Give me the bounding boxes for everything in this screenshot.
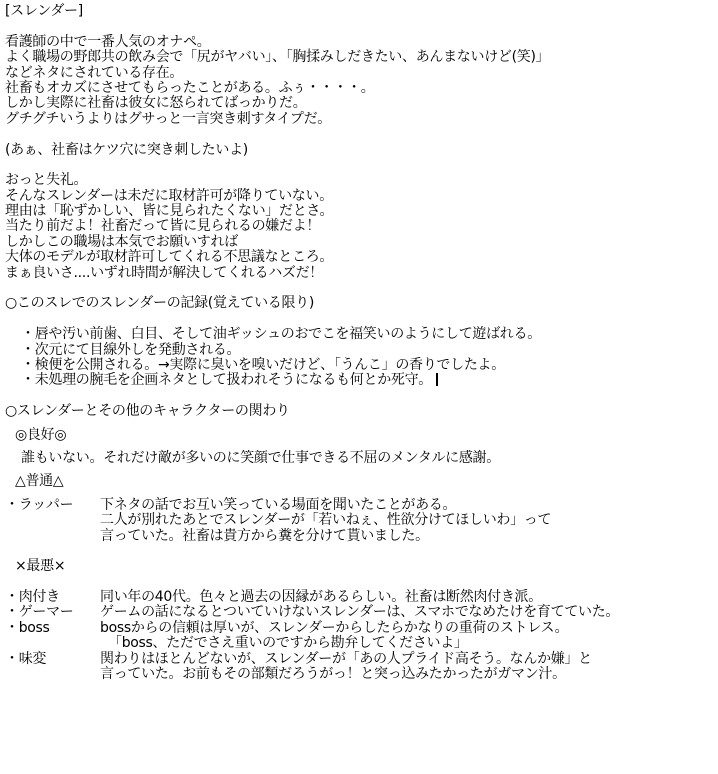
relation-entry-boss: ・boss bossからの信頼は厚いが、スレンダーからしたらかなりの重荷のストレ… <box>5 621 718 652</box>
relation-line: 言っていた。社畜は貴方から糞を分けて貰いました。 <box>100 529 718 544</box>
document-body[interactable]: [スレンダー] 看護師の中で一番人気のオナペ。 よく職場の野郎共の飲み会で「尻が… <box>0 0 718 682</box>
text-cursor <box>436 373 438 386</box>
relation-name: ・ラッパー <box>5 498 100 513</box>
intro-line: 社畜もオカズにさせてもらったことがある。ふぅ・・・・。 <box>5 81 718 96</box>
normal-heading: △普通△ <box>5 474 718 489</box>
second-paragraph: おっと失礼。 そんなスレンダーは未だに取材許可が降りていない。 理由は「恥ずかし… <box>5 173 718 281</box>
relation-line: ゲームの話になるとついていけないスレンダーは、スマホでなめたけを育てていた。 <box>100 605 718 620</box>
intro-line: などネタにされている存在。 <box>5 66 718 81</box>
relation-name: ・味変 <box>5 652 100 667</box>
paragraph-line: 当たり前だよ！社畜だって皆に見られるの嫌だよ！ <box>5 219 718 234</box>
relation-entry-ajihen: ・味変 関わりはほとんどないが、スレンダーが「あの人プライド高そう。なんか嫌」と… <box>5 652 718 683</box>
relation-line: 「boss、ただでさえ重いのですから勘弁してくださいよ」 <box>100 636 718 651</box>
record-item-last: ・未処理の腕毛を企画ネタとして扱われそうになるも何とか死守。 <box>5 373 718 388</box>
relation-name: ・boss <box>5 621 100 636</box>
paragraph-line: 大体のモデルが取材許可してくれる不思議なところ。 <box>5 250 718 265</box>
intro-line: グチグチいうよりはグサっと一言突き刺すタイプだ。 <box>5 112 718 127</box>
paragraph-line: そんなスレンダーは未だに取材許可が降りていない。 <box>5 189 718 204</box>
relation-line: 二人が別れたあとでスレンダーが「若いねぇ、性欲分けてほしいわ」って <box>100 513 718 528</box>
relation-entry-rapper: ・ラッパー 下ネタの話でお互い笑っている場面を聞いたことがある。 二人が別れたあ… <box>5 498 718 544</box>
intro-line: よく職場の野郎共の飲み会で「尻がヤバい」、「胸揉みしだきたい、あんまないけど(笑… <box>5 50 718 65</box>
paragraph-line: おっと失礼。 <box>5 173 718 188</box>
relation-name: ・ゲーマー <box>5 605 100 620</box>
good-text: 誰もいない。それだけ敵が多いのに笑顔で仕事できる不屈のメンタルに感謝。 <box>5 451 718 466</box>
relation-line: 下ネタの話でお互い笑っている場面を聞いたことがある。 <box>100 498 718 513</box>
good-heading: ◎良好◎ <box>5 428 718 443</box>
relation-entry-gamer: ・ゲーマー ゲームの話になるとついていけないスレンダーは、スマホでなめたけを育て… <box>5 605 718 620</box>
intro-paragraph: 看護師の中で一番人気のオナペ。 よく職場の野郎共の飲み会で「尻がヤバい」、「胸揉… <box>5 35 718 127</box>
relation-line: 関わりはほとんどないが、スレンダーが「あの人プライド高そう。なんか嫌」と <box>100 652 718 667</box>
aside-text: (あぁ、社畜はケツ穴に突き刺したいよ) <box>5 143 718 158</box>
relation-line: bossからの信頼は厚いが、スレンダーからしたらかなりの重荷のストレス。 <box>100 621 718 636</box>
paragraph-line: まぁ良いさ....いずれ時間が解決してくれるハズだ！ <box>5 266 718 281</box>
intro-line: 看護師の中で一番人気のオナペ。 <box>5 35 718 50</box>
records-heading: ○このスレでのスレンダーの記録(覚えている限り) <box>5 296 718 311</box>
relations-heading: ○スレンダーとその他のキャラクターの関わり <box>5 404 718 419</box>
record-item: ・次元にて目線外しを発動される。 <box>5 343 718 358</box>
relation-line: 言っていた。お前もその部類だろうがっ！と突っ込みたかったがガマン汁。 <box>100 667 718 682</box>
bad-heading: ×最悪× <box>5 559 718 574</box>
intro-line: しかし実際に社畜は彼女に怒られてばっかりだ。 <box>5 96 718 111</box>
relation-name: ・肉付き <box>5 590 100 605</box>
record-item: ・唇や汚い前歯、白目、そして油ギッシュのおでこを福笑いのようにして遊ばれる。 <box>5 327 718 342</box>
document-title: [スレンダー] <box>5 4 718 19</box>
records-list: ・唇や汚い前歯、白目、そして油ギッシュのおでこを福笑いのようにして遊ばれる。 ・… <box>5 327 718 389</box>
record-item-text: ・未処理の腕毛を企画ネタとして扱われそうになるも何とか死守。 <box>21 372 432 388</box>
paragraph-line: しかしこの職場は本気でお願いすれば <box>5 235 718 250</box>
